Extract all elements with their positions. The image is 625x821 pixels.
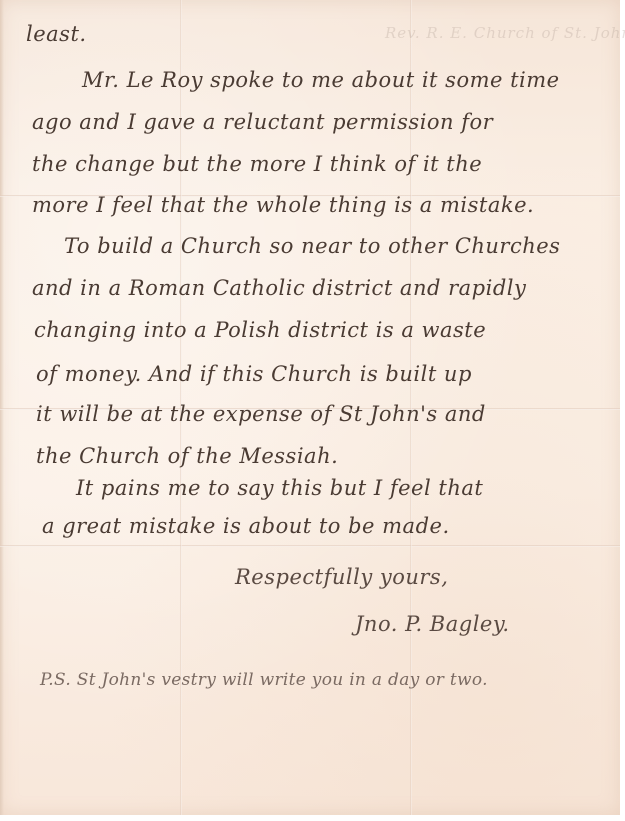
body-line: of money. And if this Church is built up [36,362,472,386]
closing: Respectfully yours, [235,565,448,589]
letterhead-bleedthrough: Rev. R. E. Church of St. John [385,24,625,42]
signature: Jno. P. Bagley. [355,612,510,636]
body-line: and in a Roman Catholic district and rap… [32,276,526,300]
body-line: To build a Church so near to other Churc… [64,234,560,258]
body-line: It pains me to say this but I feel that [76,476,483,500]
body-line: a great mistake is about to be made. [42,514,450,538]
body-line: the Church of the Messiah. [36,444,338,468]
body-line: ago and I gave a reluctant permission fo… [32,110,493,134]
fold-line-horizontal [0,545,620,547]
body-line: Mr. Le Roy spoke to me about it some tim… [82,68,560,92]
body-line: more I feel that the whole thing is a mi… [32,193,534,217]
postscript: P.S. St John's vestry will write you in … [40,670,488,690]
body-line: it will be at the expense of St John's a… [36,402,486,426]
body-line: the change but the more I think of it th… [32,152,482,176]
body-line: changing into a Polish district is a was… [34,318,486,342]
letter-page: Rev. R. E. Church of St. John least. Mr.… [0,0,620,815]
body-line: least. [26,22,87,46]
